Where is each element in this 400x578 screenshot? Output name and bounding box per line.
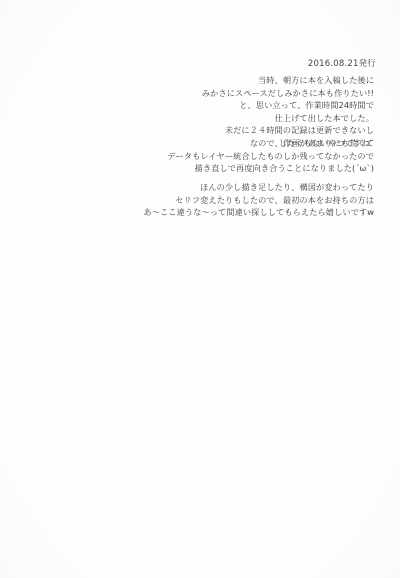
text-line: データもレイヤー統合したものしか残ってなかったので <box>167 150 374 163</box>
text-line: みかさにスペースだしみかさに本も作りたい!! <box>202 87 374 100</box>
text-line: セリフ変えたりもしたので、最初の本をお持ちの方は <box>143 194 374 207</box>
text-line: 描き直しで再度向き合うことになりました(´ω`) <box>167 162 374 175</box>
publication-date: 2016.08.21発行 <box>308 57 376 69</box>
text-line: 当時、朝方に本を入稿した後に <box>202 74 374 87</box>
text-line: と、思い立って、作業時間24時間で <box>202 99 374 112</box>
paragraph-changes-note: ほんの少し描き足したり、構図が変わってたり セリフ変えたりもしたので、最初の本を… <box>143 181 374 219</box>
text-line: ほんの少し描き足したり、構図が変わってたり <box>143 181 374 194</box>
paragraph-redraw-reason: なので、作画があまりにも荒くて データもレイヤー統合したものしか残ってなかったの… <box>167 137 374 175</box>
text-line: なので、作画があまりにも荒くて <box>167 137 374 150</box>
text-line: 仕上げて出した本でした。 <box>202 112 374 125</box>
text-line: 未だに２４時間の記録は更新できないし <box>202 124 374 137</box>
text-line: あ〜ここ違うな〜って間違い探ししてもらえたら嬉しいですw <box>143 206 374 219</box>
document-page: 2016.08.21発行 当時、朝方に本を入稿した後に みかさにスペースだしみか… <box>0 0 400 578</box>
